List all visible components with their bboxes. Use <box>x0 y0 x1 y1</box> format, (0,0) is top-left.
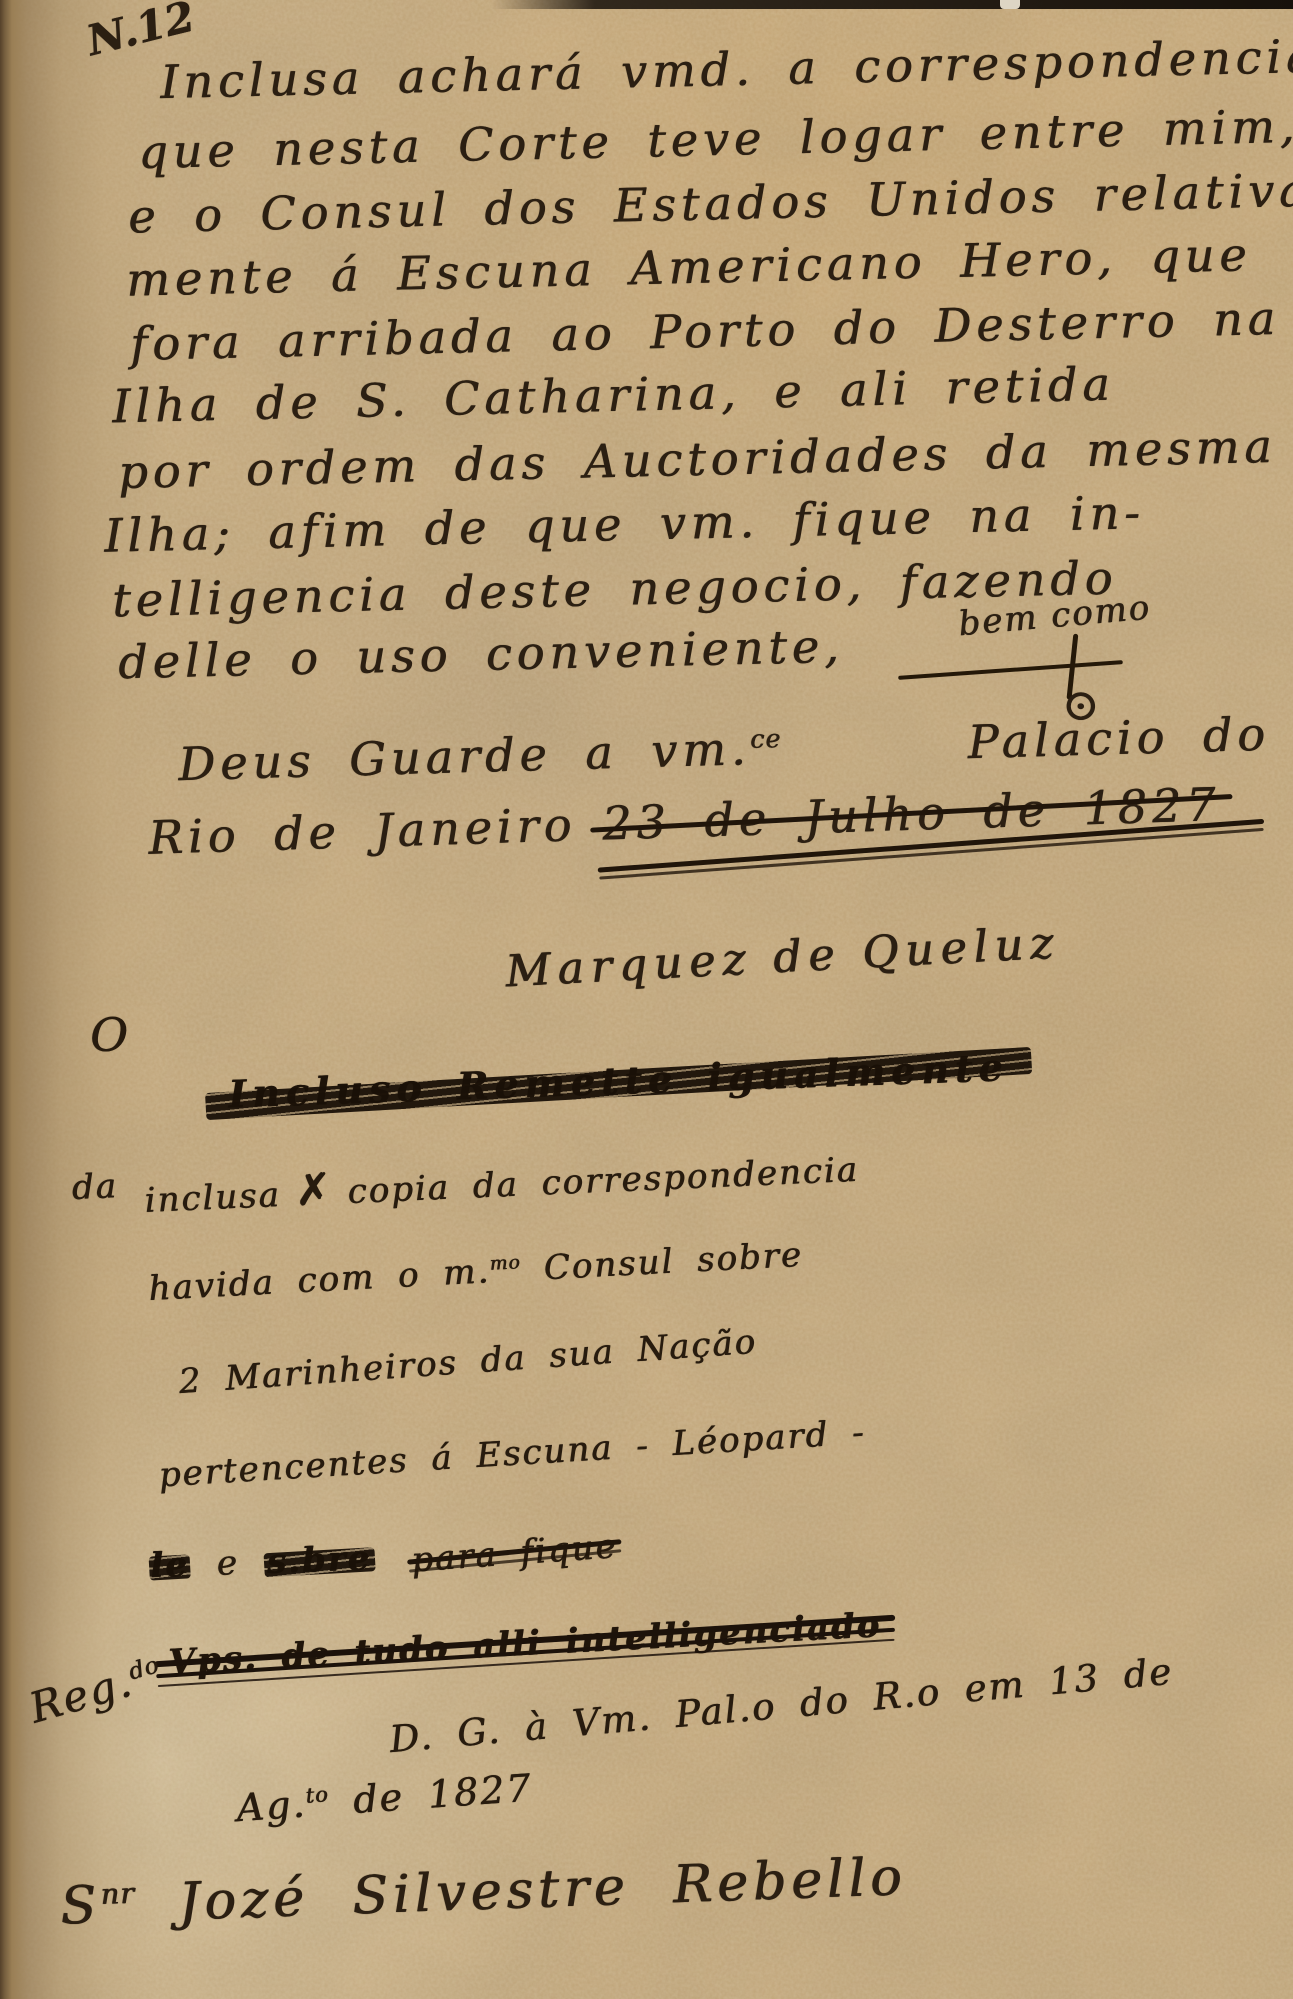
draft-note-line: pertencentes á Escuna - Léopard - <box>157 1412 866 1495</box>
note-line-lead: da <box>71 1166 119 1208</box>
letter-line: delle o uso conveniente, <box>117 619 844 689</box>
scribbled-fragment: le <box>149 1545 189 1586</box>
letter-line: Inclusa achará vmd. a correspondencia <box>160 29 1293 109</box>
note-line-tail: copia da correspondencia <box>347 1150 860 1212</box>
closing-place: Palacio do <box>967 707 1271 769</box>
draft-note-line: dainclusa✗copia da correspondencia <box>71 1141 859 1226</box>
draft-note-struck-fragments: lees.brepara fique <box>149 1530 618 1586</box>
margin-note-superscript: do <box>126 1652 163 1685</box>
addressee-line: Snr Jozé Silvestre Rebello <box>59 1847 907 1937</box>
note-line-text: Consul sobre <box>520 1235 804 1290</box>
draft-note-opening: O <box>90 1008 130 1062</box>
closing-salutation: Deus Guarde a vm.ce <box>177 720 782 791</box>
registration-margin-note: Reg.do <box>24 1648 168 1732</box>
addressee-superscript: nr <box>100 1876 135 1911</box>
insertion-caret-mark <box>898 660 1123 680</box>
draft-note-struck-line: Vps. de tudo alli intelligenciado <box>167 1605 882 1682</box>
letter-line-text: Inclusa achará vmd. a correspondencia <box>160 29 1293 109</box>
letter-closing-line: Deus Guarde a vm.ce Palacio do <box>177 707 1270 791</box>
dateline-place: Rio de Janeiro <box>147 797 577 864</box>
note-superscript: mo <box>489 1252 521 1275</box>
draft-note-line: havida com o m.mo Consul sobre <box>147 1235 803 1309</box>
draft-note-date: Ag.to de 1827 <box>235 1766 534 1831</box>
struck-date: 23 de Julho de 1827 <box>601 777 1221 850</box>
draft-note-closing: D. G. à Vm. Pal.o do R.o em 13 de <box>388 1650 1175 1761</box>
margin-note-text: Reg. <box>24 1657 138 1733</box>
fragment-plain: e <box>216 1543 240 1584</box>
note-line-text: havida com o m. <box>147 1251 491 1309</box>
struck-fragment: para fique <box>410 1526 619 1580</box>
letter-dateline: Rio de Janeiro23 de Julho de 1827 <box>147 777 1221 865</box>
note-date-superscript: to <box>305 1782 330 1808</box>
note-date-text: Ag. <box>235 1782 308 1831</box>
addressee-text: Jozé Silvestre Rebello <box>134 1847 907 1934</box>
scribbled-fragment: s.bre <box>266 1538 372 1582</box>
signature: Marquez de Queluz <box>504 918 1061 998</box>
letter-line: Ilha de S. Catharina, e ali retida <box>112 357 1116 434</box>
closing-superscript: ce <box>750 724 782 754</box>
note-date-text: de 1827 <box>327 1766 533 1824</box>
scribbled-text: Incluso Remette igualmente <box>227 1044 1009 1116</box>
scan-top-notch <box>1000 0 1020 9</box>
scan-top-edge <box>0 0 1293 9</box>
letter-line: Ilha; afim de que vm. fique na in- <box>104 485 1146 563</box>
draft-note-struck-heading: Incluso Remette igualmente <box>227 1044 1009 1116</box>
closing-text: Deus Guarde a vm. <box>177 721 751 791</box>
x-insertion-mark: ✗ <box>293 1164 334 1217</box>
addressee-text: S <box>59 1875 102 1936</box>
double-struck-text: Vps. de tudo alli intelligenciado <box>167 1605 882 1682</box>
manuscript-page: N.12 Inclusa achará vmd. a correspondenc… <box>0 0 1293 1999</box>
note-line-body: inclusa <box>144 1175 282 1221</box>
draft-note-line: 2 Marinheiros da sua Nação <box>177 1322 758 1402</box>
